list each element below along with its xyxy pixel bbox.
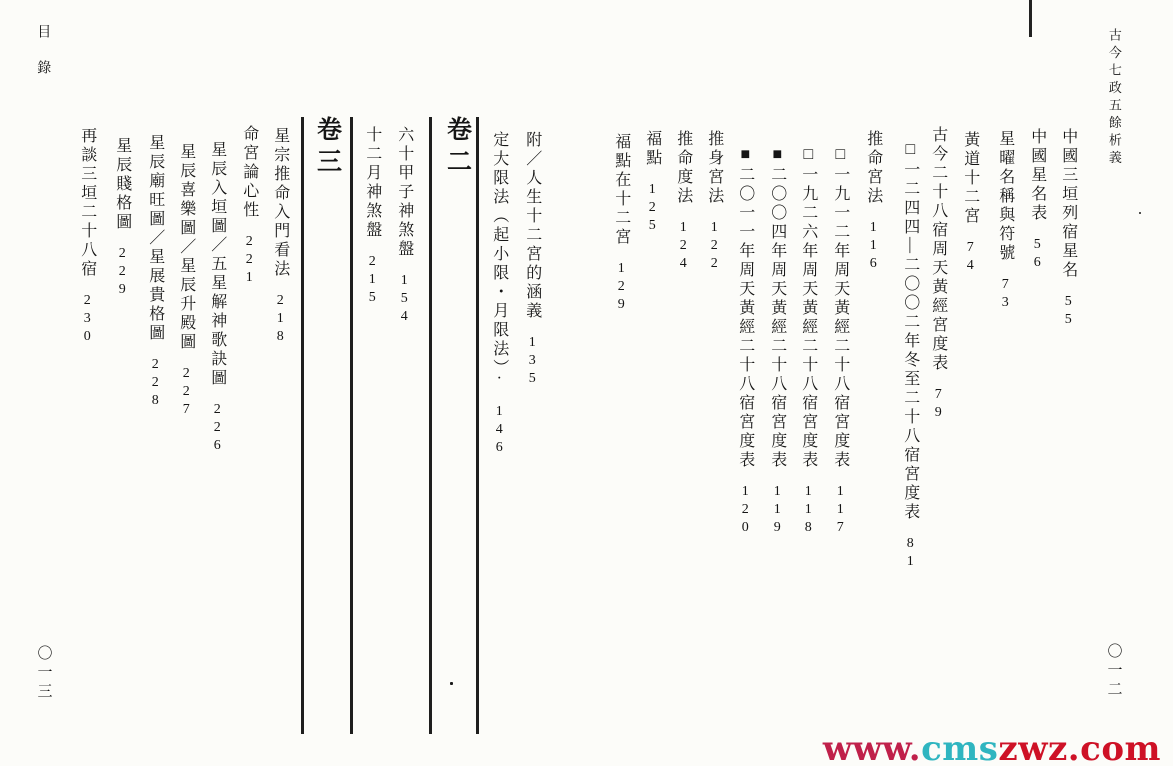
toc-entry-label: 黃道十二宮 (962, 131, 979, 226)
toc-entry: 星辰入垣圖／五星解神歌訣圖226 (206, 141, 227, 456)
toc-entry-page: 122 (707, 220, 722, 274)
scan-artifact-line (1029, 0, 1032, 37)
column-rule (350, 117, 353, 734)
toc-entry-page: 119 (770, 484, 785, 538)
section-heading-vol3: 卷三 (310, 116, 343, 180)
scanned-book-page: 古今七政五餘析義 目錄 〇一二 〇一三 中國三垣列宿星名55 中國星名表56 星… (0, 0, 1173, 766)
toc-entry-page: 228 (148, 357, 163, 411)
toc-entry: 六十甲子神煞盤154 (393, 126, 414, 327)
toc-entry: 再談三垣二十八宿230 (76, 127, 97, 347)
toc-entry-page: 218 (273, 293, 288, 347)
toc-entry: 推身宮法122 (703, 130, 724, 274)
toc-entry: 命宮論心性221 (238, 125, 259, 288)
toc-entry-label: 六十甲子神煞盤 (396, 126, 413, 259)
toc-entry-page: 124 (676, 220, 691, 274)
toc-entry-page: 129 (614, 261, 629, 315)
toc-entry-label: 福點 (644, 130, 661, 168)
toc-entry-label: □一二四四—二〇〇二年冬至二十八宿宮度表 (902, 141, 919, 522)
toc-entry-page: 215 (365, 254, 380, 308)
toc-entry: 星辰喜樂圖／星辰升殿圖227 (175, 143, 196, 420)
watermark-rest: zwz.com (998, 729, 1161, 766)
toc-entry-label: 十二月神煞盤 (364, 126, 381, 240)
toc-entry: 福點125 (641, 130, 662, 236)
toc-entry: 星辰賤格圖229 (111, 137, 132, 300)
toc-entry-label: 中國三垣列宿星名 (1060, 128, 1077, 280)
toc-entry: 推命度法124 (672, 130, 693, 274)
toc-entry-label: 附／人生十二宮的涵義 (524, 131, 541, 321)
toc-entry-page: 73 (998, 277, 1013, 313)
toc-entry: □一九一二年周天黃經二十八宿宮度表117 (829, 146, 850, 538)
column-rule (429, 117, 432, 734)
toc-entry: 福點在十二宮129 (610, 133, 631, 315)
toc-entry-label: 推身宮法 (706, 130, 723, 206)
toc-entry-page: 118 (801, 484, 816, 538)
toc-entry-label: 定大限法（起小限・月限法）· (491, 131, 508, 390)
toc-entry-page: 74 (963, 240, 978, 276)
toc-entry-page: 227 (179, 366, 194, 420)
toc-entry-page: 135 (525, 335, 540, 389)
watermark-www: www. (823, 729, 921, 766)
folio-right: 〇一二 (1103, 643, 1123, 700)
toc-entry: 附／人生十二宮的涵義135 (521, 131, 542, 389)
toc-entry: ■二〇〇四年周天黃經二十八宿宮度表119 (766, 146, 787, 538)
toc-entry-page: 146 (492, 404, 507, 458)
toc-header: 目錄 (33, 24, 51, 96)
toc-entry-label: □一九二六年周天黃經二十八宿宮度表 (800, 146, 817, 470)
toc-entry-label: 推命度法 (675, 130, 692, 206)
column-rule (476, 117, 479, 734)
toc-entry-page: 229 (115, 246, 130, 300)
toc-entry-label: 命宮論心性 (241, 125, 258, 220)
scan-speck (1139, 212, 1141, 214)
toc-entry-page: 125 (645, 182, 660, 236)
column-rule (301, 117, 304, 734)
toc-entry-label: 古今二十八宿周天黃經宮度表 (930, 126, 947, 373)
toc-entry-label: ■二〇一一年周天黃經二十八宿宮度表 (737, 146, 754, 470)
toc-entry-label: 星辰喜樂圖／星辰升殿圖 (178, 143, 195, 352)
toc-entry-label: 星辰廟旺圖／星展貴格圖 (147, 134, 164, 343)
watermark-cms: cms (921, 729, 998, 766)
toc-entry: 定大限法（起小限・月限法）·146 (488, 131, 509, 458)
toc-entry-page: 154 (397, 273, 412, 327)
toc-entry-label: 星宗推命入門看法 (272, 127, 289, 279)
toc-entry-label: ■二〇〇四年周天黃經二十八宿宮度表 (769, 146, 786, 470)
toc-entry: □一九二六年周天黃經二十八宿宮度表118 (797, 146, 818, 538)
toc-entry-label: □一九一二年周天黃經二十八宿宮度表 (832, 146, 849, 470)
toc-entry-label: 再談三垣二十八宿 (79, 127, 96, 279)
toc-entry: 星宗推命入門看法218 (269, 127, 290, 347)
toc-entry-page: 221 (242, 234, 257, 288)
toc-entry: 星曜名稱與符號73 (994, 130, 1015, 313)
section-heading-vol2: 卷二 (440, 116, 473, 180)
toc-entry-page: 81 (903, 536, 918, 572)
toc-entry-label: 福點在十二宮 (613, 133, 630, 247)
toc-entry-label: 中國星名表 (1029, 128, 1046, 223)
toc-entry: 古今二十八宿周天黃經宮度表79 (927, 126, 948, 423)
toc-entry-page: 120 (738, 484, 753, 538)
site-watermark: www.cmszwz.com (823, 732, 1161, 766)
toc-entry: □一二四四—二〇〇二年冬至二十八宿宮度表81 (899, 141, 920, 572)
toc-entry: 推命宮法116 (862, 130, 883, 274)
scan-speck (450, 682, 453, 685)
toc-entry: 十二月神煞盤215 (361, 126, 382, 308)
toc-entry: 黃道十二宮74 (959, 131, 980, 276)
toc-entry-label: 星辰入垣圖／五星解神歌訣圖 (209, 141, 226, 388)
toc-entry: 中國三垣列宿星名55 (1057, 128, 1078, 330)
toc-entry-page: 55 (1061, 294, 1076, 330)
folio-left: 〇一三 (33, 645, 53, 702)
toc-entry-label: 星辰賤格圖 (114, 137, 131, 232)
toc-entry: ■二〇一一年周天黃經二十八宿宮度表120 (734, 146, 755, 538)
toc-entry-page: 117 (833, 484, 848, 538)
toc-entry-page: 79 (931, 387, 946, 423)
toc-entry-page: 56 (1030, 237, 1045, 273)
toc-entry-page: 230 (80, 293, 95, 347)
toc-entry-page: 116 (866, 220, 881, 274)
toc-entry-label: 星曜名稱與符號 (997, 130, 1014, 263)
toc-entry-page: 226 (210, 402, 225, 456)
toc-entry-label: 推命宮法 (865, 130, 882, 206)
book-title: 古今七政五餘析義 (1105, 28, 1122, 168)
toc-entry: 中國星名表56 (1026, 128, 1047, 273)
toc-entry: 星辰廟旺圖／星展貴格圖228 (144, 134, 165, 411)
